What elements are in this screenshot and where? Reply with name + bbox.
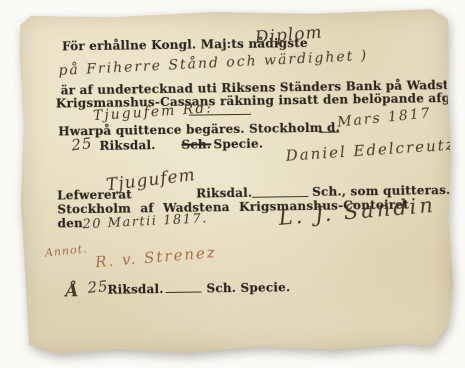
rule-dash-3 [166,291,202,293]
riksdal-label-1: Riksdal. [99,139,155,153]
annotation-label: Annot. [44,243,88,259]
den-label: den [57,217,83,231]
riksdal-label-3: Riksdal. [107,283,163,297]
handwritten-amount-1: 25 [71,135,94,154]
annotation-signature: R. v. Strenez [95,244,218,271]
handwritten-line-2: på Friherre Stånd och wärdighet ) [58,49,368,80]
handwritten-title: Diplom [254,23,323,47]
handwritten-date-1: Mars 1817 [337,106,433,131]
quittence-line: Hwarpå quittence begäres. Stockholm d. [58,122,340,139]
document-photo: För erhållne Kongl. Maj:ts nådigste Dipl… [18,7,455,357]
rule-dash-2 [252,196,308,198]
handwritten-amount-3: 25 [87,278,110,297]
document-paper: För erhållne Kongl. Maj:ts nådigste Dipl… [18,7,455,357]
riksdal-label-2: Riksdal. [196,187,252,201]
photo-background: { "paper_color": "#e9e0c4", "ink_color":… [0,0,465,368]
signature-edelcreutz: Daniel Edelcreutz [285,136,456,164]
sch-specie-label: Sch. Specie. [206,281,290,295]
flourish-dash [189,114,251,116]
specie-label-1: Specie. [213,138,263,152]
sch-label-struck: Sch. [181,138,211,152]
footer-prefix: Å [65,282,79,301]
handwritten-amount-words-2: Tjugufem [105,166,196,195]
